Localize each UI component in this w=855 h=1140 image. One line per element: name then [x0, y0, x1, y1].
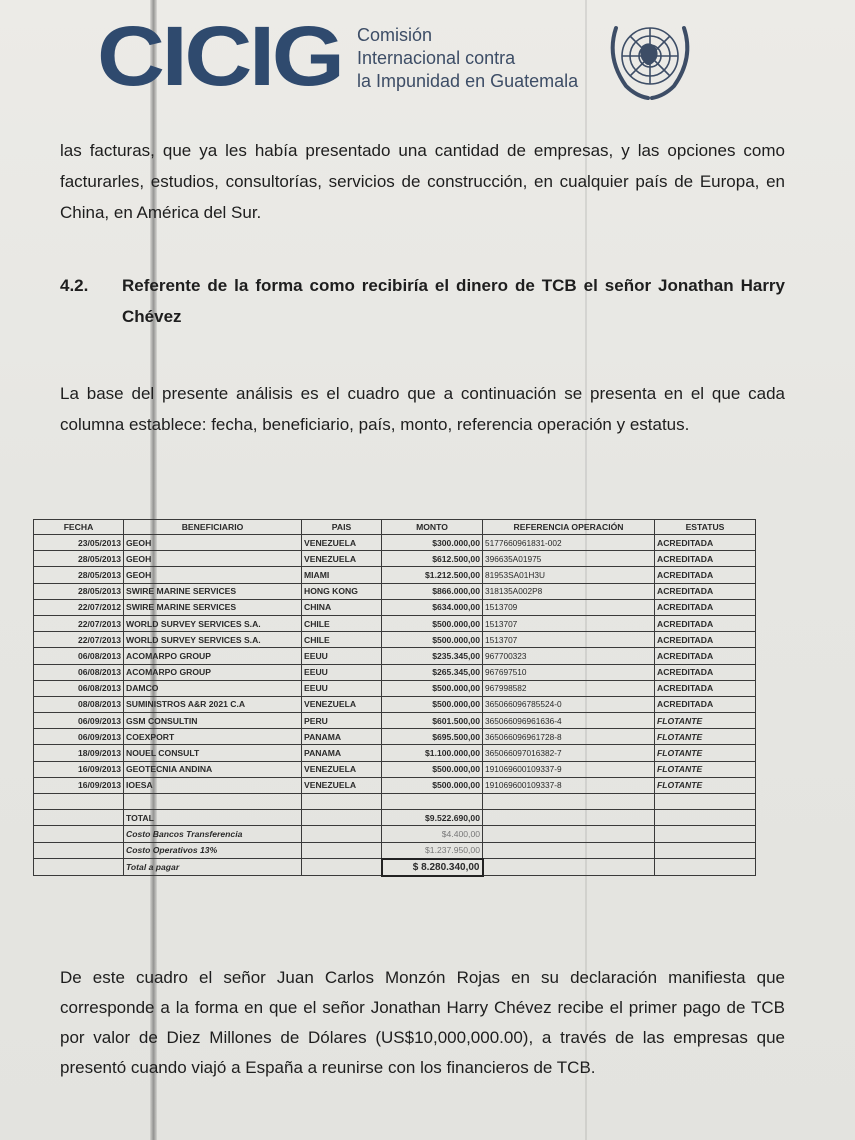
- cell-referencia: 396635A01975: [483, 551, 655, 567]
- cell-empty: [483, 810, 655, 826]
- cell-estatus: ACREDITADA: [655, 535, 756, 551]
- cell-pais: VENEZUELA: [302, 761, 382, 777]
- summary-label: Total a pagar: [124, 859, 302, 876]
- cell-empty: [655, 794, 756, 810]
- cell-fecha: 28/05/2013: [34, 551, 124, 567]
- cell-monto: $1.100.000,00: [382, 745, 483, 761]
- cell-referencia: 191069600109337-9: [483, 761, 655, 777]
- cell-estatus: FLOTANTE: [655, 729, 756, 745]
- col-monto: MONTO: [382, 520, 483, 535]
- summary-value: $1.237.950,00: [382, 842, 483, 859]
- cell-beneficiario: COEXPORT: [124, 729, 302, 745]
- cell-fecha: 23/05/2013: [34, 535, 124, 551]
- cell-empty: [124, 794, 302, 810]
- cell-empty: [34, 842, 124, 859]
- cell-beneficiario: GEOH: [124, 567, 302, 583]
- cell-pais: PANAMA: [302, 745, 382, 761]
- table-row: 16/09/2013GEOTECNIA ANDINAVENEZUELA$500.…: [34, 761, 756, 777]
- cell-beneficiario: SWIRE MARINE SERVICES: [124, 599, 302, 615]
- cell-estatus: FLOTANTE: [655, 745, 756, 761]
- cell-fecha: 18/09/2013: [34, 745, 124, 761]
- cell-fecha: 06/08/2013: [34, 680, 124, 696]
- cell-referencia: 365066096961636-4: [483, 713, 655, 729]
- conclusion-paragraph: De este cuadro el señor Juan Carlos Monz…: [60, 963, 785, 1083]
- cell-empty: [302, 810, 382, 826]
- table-row: 06/08/2013DAMCOEEUU$500.000,00967998582A…: [34, 680, 756, 696]
- cell-monto: $500.000,00: [382, 680, 483, 696]
- cell-beneficiario: SWIRE MARINE SERVICES: [124, 583, 302, 599]
- cell-referencia: 365066096961728-8: [483, 729, 655, 745]
- table-row: 06/09/2013GSM CONSULTINPERU$601.500,0036…: [34, 713, 756, 729]
- cell-monto: $500.000,00: [382, 761, 483, 777]
- cell-empty: [483, 859, 655, 876]
- cell-monto: $500.000,00: [382, 615, 483, 631]
- summary-label: Costo Operativos 13%: [124, 842, 302, 859]
- cell-empty: [655, 859, 756, 876]
- cell-pais: PANAMA: [302, 729, 382, 745]
- cell-beneficiario: GEOH: [124, 551, 302, 567]
- summary-row: Costo Operativos 13%$1.237.950,00: [34, 842, 756, 859]
- cell-pais: VENEZUELA: [302, 535, 382, 551]
- summary-value: $9.522.690,00: [382, 810, 483, 826]
- table-row: 22/07/2013WORLD SURVEY SERVICES S.A.CHIL…: [34, 632, 756, 648]
- cell-pais: CHILE: [302, 632, 382, 648]
- cell-referencia: 1513709: [483, 599, 655, 615]
- cell-beneficiario: IOESA: [124, 777, 302, 793]
- cell-monto: $612.500,00: [382, 551, 483, 567]
- cell-fecha: 16/09/2013: [34, 777, 124, 793]
- cell-beneficiario: GEOH: [124, 535, 302, 551]
- cell-beneficiario: SUMINISTROS A&R 2021 C.A: [124, 696, 302, 712]
- cell-beneficiario: WORLD SURVEY SERVICES S.A.: [124, 615, 302, 631]
- table-row: 28/05/2013GEOHMIAMI$1.212.500,0081953SA0…: [34, 567, 756, 583]
- cell-referencia: 318135A002P8: [483, 583, 655, 599]
- cell-empty: [655, 810, 756, 826]
- table-row: 22/07/2013WORLD SURVEY SERVICES S.A.CHIL…: [34, 615, 756, 631]
- logo-subtitle: Comisión Internacional contra la Impunid…: [357, 24, 578, 93]
- cell-empty: [34, 810, 124, 826]
- table-header-row: FECHA BENEFICIARIO PAIS MONTO REFERENCIA…: [34, 520, 756, 535]
- cell-beneficiario: NOUEL CONSULT: [124, 745, 302, 761]
- table-row-empty: [34, 794, 756, 810]
- cell-pais: CHILE: [302, 615, 382, 631]
- summary-label: TOTAL: [124, 810, 302, 826]
- cell-referencia: 967998582: [483, 680, 655, 696]
- cell-estatus: ACREDITADA: [655, 696, 756, 712]
- cell-empty: [483, 842, 655, 859]
- cell-referencia: 5177660961831-002: [483, 535, 655, 551]
- cell-pais: VENEZUELA: [302, 696, 382, 712]
- cell-pais: HONG KONG: [302, 583, 382, 599]
- cell-referencia: 967697510: [483, 664, 655, 680]
- cell-monto: $300.000,00: [382, 535, 483, 551]
- cell-monto: $500.000,00: [382, 696, 483, 712]
- cell-fecha: 16/09/2013: [34, 761, 124, 777]
- summary-row: Total a pagar$ 8.280.340,00: [34, 859, 756, 876]
- cell-empty: [483, 826, 655, 842]
- table-row: 06/08/2013ACOMARPO GROUPEEUU$235.345,009…: [34, 648, 756, 664]
- cell-estatus: ACREDITADA: [655, 664, 756, 680]
- summary-row: Costo Bancos Transferencia$4.400,00: [34, 826, 756, 842]
- payments-table: FECHA BENEFICIARIO PAIS MONTO REFERENCIA…: [33, 519, 756, 877]
- table-row: 28/05/2013SWIRE MARINE SERVICESHONG KONG…: [34, 583, 756, 599]
- summary-label: Costo Bancos Transferencia: [124, 826, 302, 842]
- summary-value: $4.400,00: [382, 826, 483, 842]
- table-row: 16/09/2013IOESAVENEZUELA$500.000,0019106…: [34, 777, 756, 793]
- un-emblem-icon: [600, 14, 700, 104]
- table-row: 28/05/2013GEOHVENEZUELA$612.500,00396635…: [34, 551, 756, 567]
- cell-pais: VENEZUELA: [302, 551, 382, 567]
- cell-beneficiario: DAMCO: [124, 680, 302, 696]
- cell-estatus: ACREDITADA: [655, 680, 756, 696]
- subtitle-line-1: Comisión: [357, 24, 578, 47]
- cell-estatus: ACREDITADA: [655, 615, 756, 631]
- section-title: Referente de la forma como recibiría el …: [122, 270, 785, 332]
- table-row: 06/09/2013COEXPORTPANAMA$695.500,0036506…: [34, 729, 756, 745]
- cell-fecha: 06/09/2013: [34, 713, 124, 729]
- cell-estatus: ACREDITADA: [655, 583, 756, 599]
- cell-monto: $235.345,00: [382, 648, 483, 664]
- cell-beneficiario: GEOTECNIA ANDINA: [124, 761, 302, 777]
- cell-fecha: 22/07/2013: [34, 632, 124, 648]
- analysis-paragraph: La base del presente análisis es el cuad…: [60, 378, 785, 440]
- cell-referencia: 191069600109337-8: [483, 777, 655, 793]
- cell-pais: PERU: [302, 713, 382, 729]
- col-referencia: REFERENCIA OPERACIÓN: [483, 520, 655, 535]
- cell-empty: [483, 794, 655, 810]
- cell-monto: $601.500,00: [382, 713, 483, 729]
- cell-empty: [382, 794, 483, 810]
- cell-empty: [34, 794, 124, 810]
- cell-empty: [302, 842, 382, 859]
- cell-empty: [302, 794, 382, 810]
- cell-pais: MIAMI: [302, 567, 382, 583]
- cell-beneficiario: GSM CONSULTIN: [124, 713, 302, 729]
- cell-monto: $500.000,00: [382, 632, 483, 648]
- cell-fecha: 06/08/2013: [34, 664, 124, 680]
- cell-beneficiario: ACOMARPO GROUP: [124, 664, 302, 680]
- section-number: 4.2.: [60, 270, 88, 301]
- payments-table-wrapper: FECHA BENEFICIARIO PAIS MONTO REFERENCIA…: [33, 519, 755, 877]
- col-estatus: ESTATUS: [655, 520, 756, 535]
- cell-estatus: ACREDITADA: [655, 632, 756, 648]
- summary-row: TOTAL$9.522.690,00: [34, 810, 756, 826]
- cell-referencia: 365066097016382-7: [483, 745, 655, 761]
- cell-estatus: FLOTANTE: [655, 713, 756, 729]
- cell-pais: EEUU: [302, 664, 382, 680]
- cell-estatus: ACREDITADA: [655, 599, 756, 615]
- table-row: 23/05/2013GEOHVENEZUELA$300.000,00517766…: [34, 535, 756, 551]
- table-row: 18/09/2013NOUEL CONSULTPANAMA$1.100.000,…: [34, 745, 756, 761]
- subtitle-line-2: Internacional contra: [357, 47, 578, 70]
- cell-empty: [34, 859, 124, 876]
- cell-monto: $695.500,00: [382, 729, 483, 745]
- cicig-logo: CICIG: [97, 14, 342, 98]
- cell-empty: [302, 826, 382, 842]
- cell-fecha: 22/07/2012: [34, 599, 124, 615]
- cell-beneficiario: ACOMARPO GROUP: [124, 648, 302, 664]
- cell-estatus: FLOTANTE: [655, 777, 756, 793]
- cell-fecha: 28/05/2013: [34, 567, 124, 583]
- cell-monto: $500.000,00: [382, 777, 483, 793]
- summary-value: $ 8.280.340,00: [382, 859, 483, 876]
- cell-referencia: 967700323: [483, 648, 655, 664]
- cell-fecha: 06/08/2013: [34, 648, 124, 664]
- cell-referencia: 365066096785524-0: [483, 696, 655, 712]
- cell-monto: $1.212.500,00: [382, 567, 483, 583]
- cell-fecha: 06/09/2013: [34, 729, 124, 745]
- cell-fecha: 08/08/2013: [34, 696, 124, 712]
- cell-fecha: 28/05/2013: [34, 583, 124, 599]
- table-row: 22/07/2012SWIRE MARINE SERVICESCHINA$634…: [34, 599, 756, 615]
- cell-empty: [302, 859, 382, 876]
- cell-monto: $634.000,00: [382, 599, 483, 615]
- cell-beneficiario: WORLD SURVEY SERVICES S.A.: [124, 632, 302, 648]
- col-beneficiario: BENEFICIARIO: [124, 520, 302, 535]
- document-page: CICIG Comisión Internacional contra la I…: [0, 0, 855, 1140]
- intro-paragraph: las facturas, que ya les había presentad…: [60, 135, 785, 228]
- cell-referencia: 81953SA01H3U: [483, 567, 655, 583]
- cell-pais: EEUU: [302, 680, 382, 696]
- cell-monto: $866.000,00: [382, 583, 483, 599]
- cell-pais: CHINA: [302, 599, 382, 615]
- cell-estatus: FLOTANTE: [655, 761, 756, 777]
- cell-fecha: 22/07/2013: [34, 615, 124, 631]
- subtitle-line-3: la Impunidad en Guatemala: [357, 70, 578, 93]
- cell-estatus: ACREDITADA: [655, 648, 756, 664]
- cell-referencia: 1513707: [483, 632, 655, 648]
- cell-monto: $265.345,00: [382, 664, 483, 680]
- cell-estatus: ACREDITADA: [655, 551, 756, 567]
- cell-referencia: 1513707: [483, 615, 655, 631]
- cell-empty: [655, 826, 756, 842]
- cell-pais: VENEZUELA: [302, 777, 382, 793]
- table-row: 06/08/2013ACOMARPO GROUPEEUU$265.345,009…: [34, 664, 756, 680]
- col-fecha: FECHA: [34, 520, 124, 535]
- table-row: 08/08/2013SUMINISTROS A&R 2021 C.AVENEZU…: [34, 696, 756, 712]
- col-pais: PAIS: [302, 520, 382, 535]
- cell-empty: [655, 842, 756, 859]
- cell-estatus: ACREDITADA: [655, 567, 756, 583]
- cell-pais: EEUU: [302, 648, 382, 664]
- cell-empty: [34, 826, 124, 842]
